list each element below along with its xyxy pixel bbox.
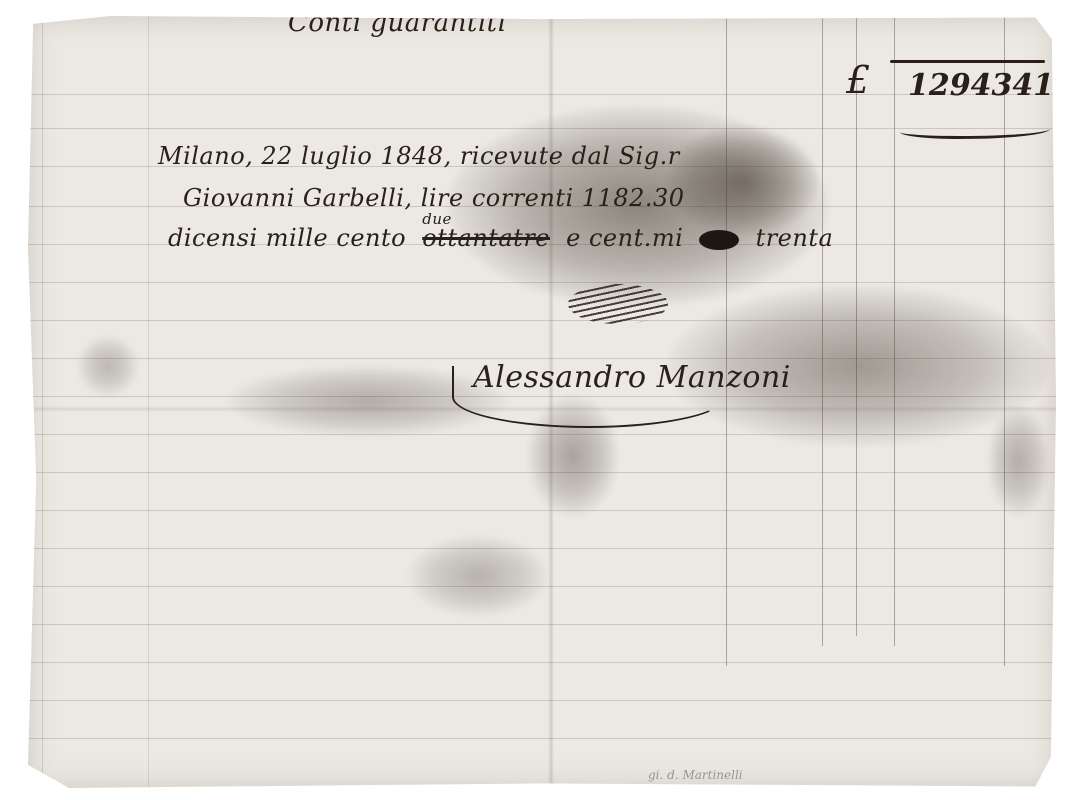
ruled-line [28, 738, 1056, 739]
header-text: Conti guarantiti [288, 16, 506, 38]
lira-sign-icon: £ [846, 58, 870, 102]
amount-box: £ 1294341 [840, 44, 1050, 144]
margin-line [148, 16, 149, 788]
ink-stain [988, 406, 1048, 516]
signature: Alessandro Manzoni [473, 360, 791, 395]
ink-stain [78, 336, 138, 396]
crossed-out-scribble [568, 284, 668, 324]
ink-stain [408, 536, 548, 616]
ink-blot [699, 230, 739, 250]
ruled-line [28, 700, 1056, 701]
amount-words-part3: trenta [756, 224, 834, 252]
amount-flourish [900, 122, 1050, 139]
amount-value: 1294341 [908, 68, 1054, 103]
ruled-line [28, 662, 1056, 663]
ruled-line [28, 510, 1056, 511]
margin-line [42, 16, 43, 788]
receipt-line-payer: Giovanni Garbelli, lire correnti 1182.30 [183, 184, 685, 212]
receipt-paper: Conti guarantiti £ 1294341 Milano, 22 lu… [28, 16, 1056, 788]
ruled-line [28, 548, 1056, 549]
receipt-line-date: Milano, 22 luglio 1848, ricevute dal Sig… [158, 142, 680, 170]
struck-text: ottantatre [422, 224, 550, 252]
pencil-note: gi. d. Martinelli [648, 768, 743, 782]
correction-text: due [422, 210, 452, 228]
ruled-line [28, 624, 1056, 625]
ink-stain [668, 126, 818, 236]
receipt-line-amount-words: dicensi mille cento due ottantatre e cen… [168, 224, 833, 252]
amount-words-part1: dicensi mille cento [168, 224, 406, 252]
amount-words-part2: e cent.mi [566, 224, 683, 252]
amount-rule [890, 60, 1045, 63]
